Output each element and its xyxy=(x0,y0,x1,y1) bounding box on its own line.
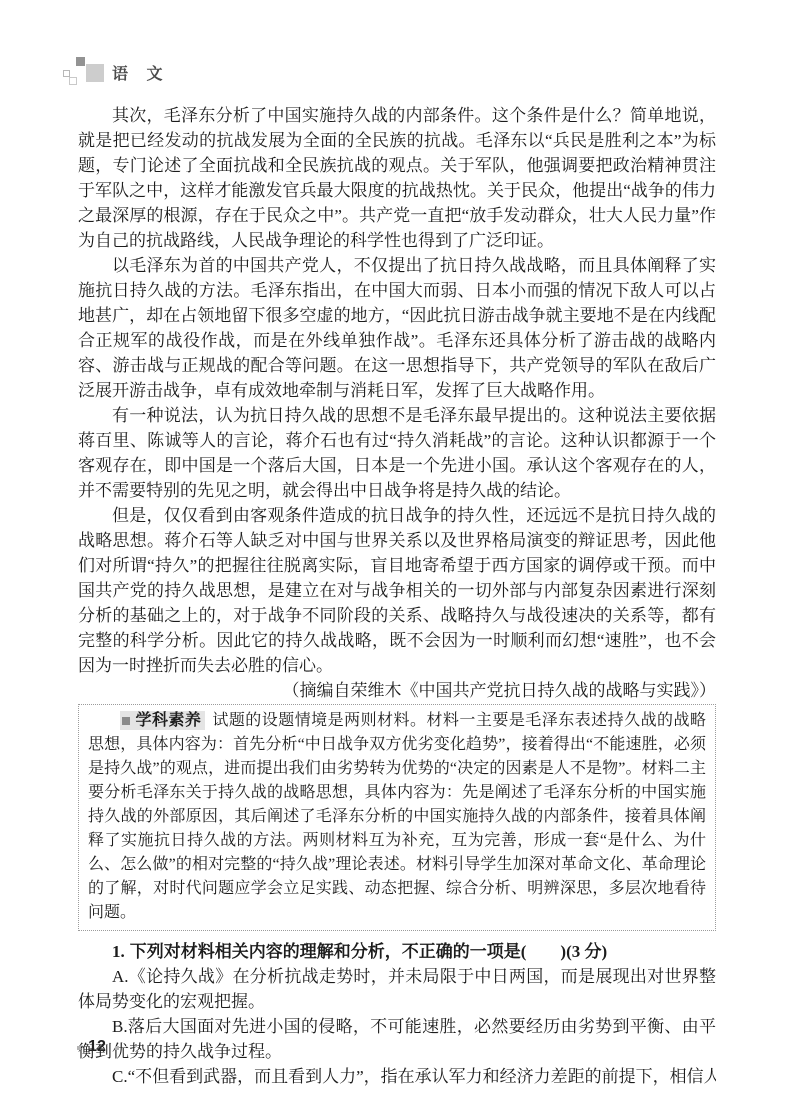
page-footer: 12 xyxy=(0,1038,160,1060)
footer-dot-left-icon xyxy=(77,1046,81,1050)
book-page: 语 文 其次，毛泽东分析了中国实施持久战的内部条件。这个条件是什么？简单地说，就… xyxy=(0,0,790,1108)
passage-column: 其次，毛泽东分析了中国实施持久战的内部条件。这个条件是什么？简单地说，就是把已经… xyxy=(78,103,716,1089)
option-b-text: 落后大国面对先进小国的侵略，不可能速胜，必然要经历由劣势到平衡、由平衡到优势的持… xyxy=(78,1017,716,1061)
passage-paragraph-4: 但是，仅仅看到由客观条件造成的抗日战争的持久性，还远远不是抗日持久战的战略思想。… xyxy=(78,503,716,678)
passage-paragraph-2: 以毛泽东为首的中国共产党人，不仅提出了抗日持久战战略，而且具体阐释了实施抗日持久… xyxy=(78,253,716,403)
question-number: 1. xyxy=(112,942,125,961)
question-stem-text: 下列对材料相关内容的理解和分析，不正确的一项是( )(3 分) xyxy=(130,942,607,961)
option-a-label: A. xyxy=(112,967,129,986)
question-block: 1.下列对材料相关内容的理解和分析，不正确的一项是( )(3 分) A.《论持久… xyxy=(78,939,716,1089)
question-stem: 1.下列对材料相关内容的理解和分析，不正确的一项是( )(3 分) xyxy=(78,939,716,964)
page-header: 语 文 xyxy=(60,52,280,90)
subject-title: 语 文 xyxy=(112,61,169,84)
passage-paragraph-1: 其次，毛泽东分析了中国实施持久战的内部条件。这个条件是什么？简单地说，就是把已经… xyxy=(78,103,716,253)
page-number: 12 xyxy=(82,1038,112,1056)
question-option-c: C.“不但看到武器，而且看到人力”，指在承认军力和经济力差距的前提下，相信人力和… xyxy=(78,1064,716,1089)
literacy-box-label: 学科素养 xyxy=(120,711,205,730)
logo-outline-square-icon xyxy=(69,77,77,85)
literacy-box-paragraph: 学科素养试题的设题情境是两则材料。材料一主要是毛泽东表述持久战的战略思想，具体内… xyxy=(88,709,706,925)
literacy-box-text: 试题的设题情境是两则材料。材料一主要是毛泽东表述持久战的战略思想，具体内容为：首… xyxy=(88,712,706,921)
question-option-b: B.落后大国面对先进小国的侵略，不可能速胜，必然要经历由劣势到平衡、由平衡到优势… xyxy=(78,1014,716,1064)
passage-paragraph-3: 有一种说法，认为抗日持久战的思想不是毛泽东最早提出的。这种说法主要依据蒋百里、陈… xyxy=(78,403,716,503)
logo-light-square-icon xyxy=(86,64,104,82)
logo-dark-square-icon xyxy=(76,57,85,66)
footer-dot-right-icon xyxy=(115,1046,119,1050)
logo-outline-square-small-icon xyxy=(63,70,70,77)
question-option-a: A.《论持久战》在分析抗战走势时，并未局限于中日两国，而是展现出对世界整体局势变… xyxy=(78,964,716,1014)
option-c-label: C. xyxy=(112,1067,128,1086)
literacy-box-label-text: 学科素养 xyxy=(135,712,201,729)
square-bullet-icon xyxy=(122,717,130,725)
option-a-text: 《论持久战》在分析抗战走势时，并未局限于中日两国，而是展现出对世界整体局势变化的… xyxy=(78,967,716,1011)
literacy-box: 学科素养试题的设题情境是两则材料。材料一主要是毛泽东表述持久战的战略思想，具体内… xyxy=(78,704,716,931)
option-b-label: B. xyxy=(112,1017,128,1036)
option-c-text: “不但看到武器，而且看到人力”，指在承认军力和经济力差距的前提下，相信人力和人 xyxy=(128,1067,716,1086)
passage-attribution: （摘编自荣维木《中国共产党抗日持久战的战略与实践》） xyxy=(78,678,716,703)
